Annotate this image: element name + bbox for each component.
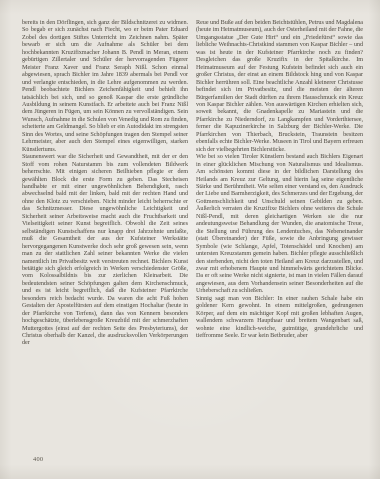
paragraph: bereits in den Dörflingen, sich ganz der… <box>22 19 188 153</box>
paragraph: Sinnig sagt man von Bichler: In einer ra… <box>196 295 363 340</box>
paragraph: Reue und Buße auf den beiden Beichtstühl… <box>196 19 363 153</box>
paragraph: Wie bei so vielen Tiroler Künstlern best… <box>196 153 363 295</box>
text-column-right: Reue und Buße auf den beiden Beichtstühl… <box>196 19 363 453</box>
book-page-scan: bereits in den Dörflingen, sich ganz der… <box>0 0 380 479</box>
paragraph: Staunenswert war die Sicherheit und Gewa… <box>22 153 188 347</box>
page-number: 400 <box>33 456 43 463</box>
text-column-left: bereits in den Dörflingen, sich ganz der… <box>22 19 188 453</box>
